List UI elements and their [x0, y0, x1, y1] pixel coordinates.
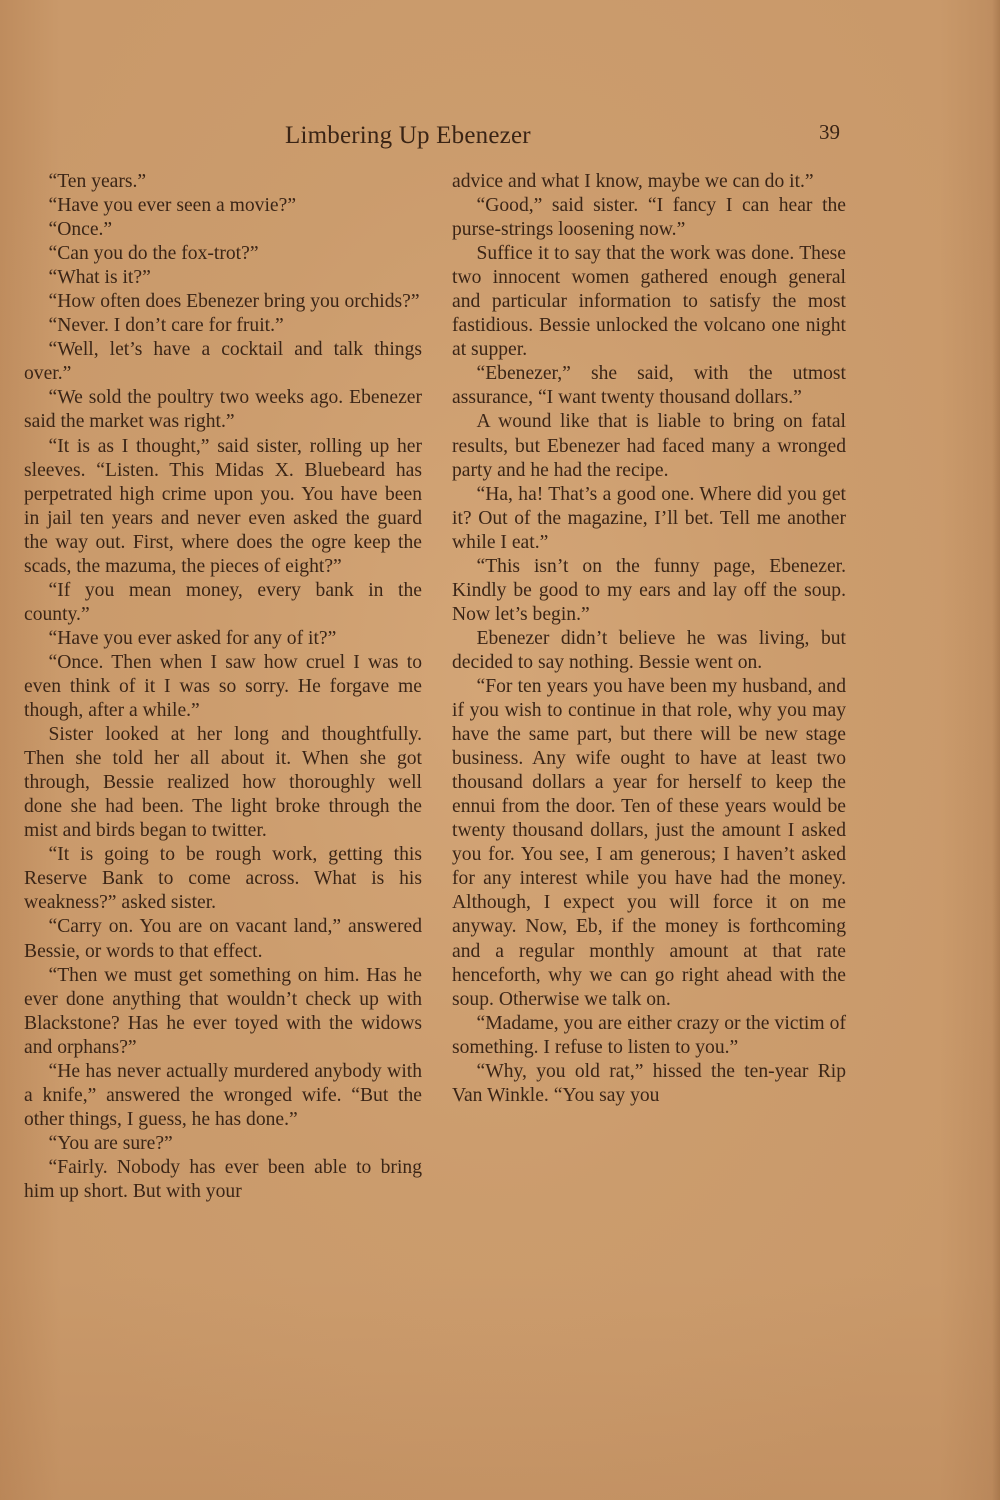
paragraph: “Once. Then when I saw how cruel I was t… [24, 651, 422, 723]
paragraph: Sister looked at her long and thoughtful… [24, 723, 422, 843]
paragraph: “How often does Ebenezer bring you orchi… [24, 290, 422, 314]
paragraph: “This isn’t on the funny page, Ebenezer.… [452, 555, 846, 627]
paragraph: “It is going to be rough work, getting t… [24, 843, 422, 915]
paragraph: “Ha, ha! That’s a good one. Where did yo… [452, 483, 846, 555]
paragraph: “For ten years you have been my husband,… [452, 675, 846, 1012]
paragraph: “He has never actually murdered anybody … [24, 1060, 422, 1132]
page-header: Limbering Up Ebenezer 39 [0, 118, 1000, 154]
paragraph: “Then we must get something on him. Has … [24, 964, 422, 1060]
paragraph: “Well, let’s have a cocktail and talk th… [24, 338, 422, 386]
paragraph: Suffice it to say that the work was done… [452, 242, 846, 362]
paragraph: Ebenezer didn’t believe he was living, b… [452, 627, 846, 675]
paragraph: “Can you do the fox-trot?” [24, 242, 422, 266]
paragraph: advice and what I know, maybe we can do … [452, 170, 846, 194]
paragraph: “Have you ever seen a movie?” [24, 194, 422, 218]
paragraph: “Good,” said sister. “I fancy I can hear… [452, 194, 846, 242]
paragraph: “Have you ever asked for any of it?” [24, 627, 422, 651]
paragraph: “We sold the poultry two weeks ago. Eben… [24, 386, 422, 434]
paragraph: “Ten years.” [24, 170, 422, 194]
page-edge-shadow [992, 0, 1000, 1500]
page-number: 39 [819, 120, 840, 145]
paragraph: “Never. I don’t care for fruit.” [24, 314, 422, 338]
paragraph: “What is it?” [24, 266, 422, 290]
paragraph: “You are sure?” [24, 1132, 422, 1156]
paragraph: “Ebenezer,” she said, with the utmost as… [452, 362, 846, 410]
running-title: Limbering Up Ebenezer [285, 122, 531, 150]
book-page: Limbering Up Ebenezer 39 “Ten years.”“Ha… [0, 0, 1000, 1500]
paragraph: “It is as I thought,” said sister, rolli… [24, 435, 422, 579]
paragraph: A wound like that is liable to bring on … [452, 410, 846, 482]
paragraph: “Why, you old rat,” hissed the ten-year … [452, 1060, 846, 1108]
paragraph: “If you mean money, every bank in the co… [24, 579, 422, 627]
paragraph: “Fairly. Nobody has ever been able to br… [24, 1156, 422, 1204]
paragraph: “Once.” [24, 218, 422, 242]
text-column-left: “Ten years.”“Have you ever seen a movie?… [24, 170, 422, 1204]
paragraph: “Madame, you are either crazy or the vic… [452, 1012, 846, 1060]
paragraph: “Carry on. You are on vacant land,” answ… [24, 915, 422, 963]
text-column-right: advice and what I know, maybe we can do … [452, 170, 846, 1108]
